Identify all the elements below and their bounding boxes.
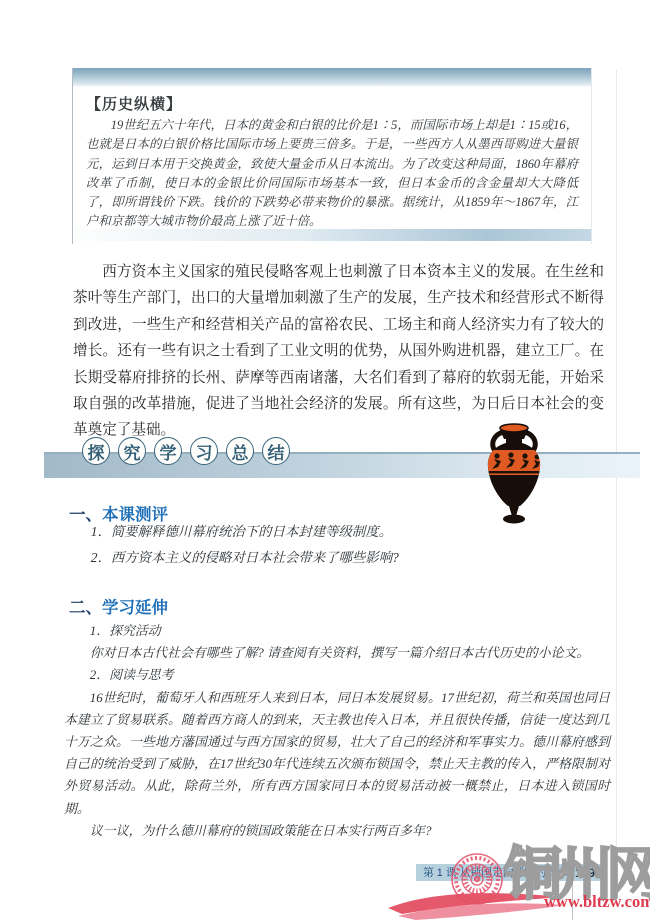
history-box-body: 19世纪五六十年代，日本的黄金和白银的比价是1∶5，而国际市场上却是1∶15或1…	[86, 116, 578, 232]
banner-title-circles: 探 究 学 习 总 结	[82, 437, 290, 465]
history-box-title: 【历史纵横】	[86, 93, 591, 114]
textbook-page: 【历史纵横】 19世纪五六十年代，日本的黄金和白银的比价是1∶5，而国际市场上却…	[0, 0, 650, 920]
activity-text: 你对日本古代社会有哪些了解? 请查阅有关资料，撰写一篇介绍日本古代历史的小论文。	[64, 642, 610, 664]
amphora-illustration	[481, 423, 547, 527]
activity-label: 1．探究活动	[64, 620, 610, 642]
discussion-prompt: 议一议，为什么德川幕府的锁国政策能在日本实行两百多年?	[64, 820, 610, 842]
section1-title: 本课测评	[102, 506, 168, 524]
section1-items: 1．简要解释德川幕府统治下的日本封建等级制度。 2．西方资本主义的侵略对日本社会…	[64, 524, 604, 576]
section1-item: 2．西方资本主义的侵略对日本社会带来了哪些影响?	[64, 550, 604, 566]
banner-char-circle: 结	[262, 437, 290, 465]
reading-label: 2．阅读与思考	[64, 664, 610, 686]
history-box-bottom-band	[73, 229, 591, 241]
watermark-url: www.bltzw.com	[544, 892, 650, 912]
section1-number: 一、	[69, 506, 102, 524]
section2-heading: 二、学习延伸	[69, 594, 168, 618]
main-paragraph: 西方资本主义国家的殖民侵略客观上也刺激了日本资本主义的发展。在生丝和茶叶等生产部…	[73, 259, 604, 444]
banner-char-circle: 习	[190, 437, 218, 465]
banner-char-circle: 学	[154, 437, 182, 465]
banner-char-circle: 究	[118, 437, 146, 465]
watermark-artifact-line	[572, 877, 573, 920]
section2-title: 学习延伸	[102, 599, 168, 617]
section2-number: 二、	[69, 599, 102, 617]
history-aside-box: 【历史纵横】 19世纪五六十年代，日本的黄金和白银的比价是1∶5，而国际市场上却…	[72, 68, 592, 244]
section1-heading: 一、本课测评	[69, 501, 168, 525]
banner-char-circle: 总	[226, 437, 254, 465]
section2-content: 1．探究活动 你对日本古代社会有哪些了解? 请查阅有关资料，撰写一篇介绍日本古代…	[64, 620, 610, 842]
reading-passage: 16世纪时，葡萄牙人和西班牙人来到日本，同日本发展贸易。17世纪初，荷兰和英国也…	[64, 687, 610, 820]
banner-char-circle: 探	[82, 437, 110, 465]
history-box-top-band	[73, 68, 591, 86]
